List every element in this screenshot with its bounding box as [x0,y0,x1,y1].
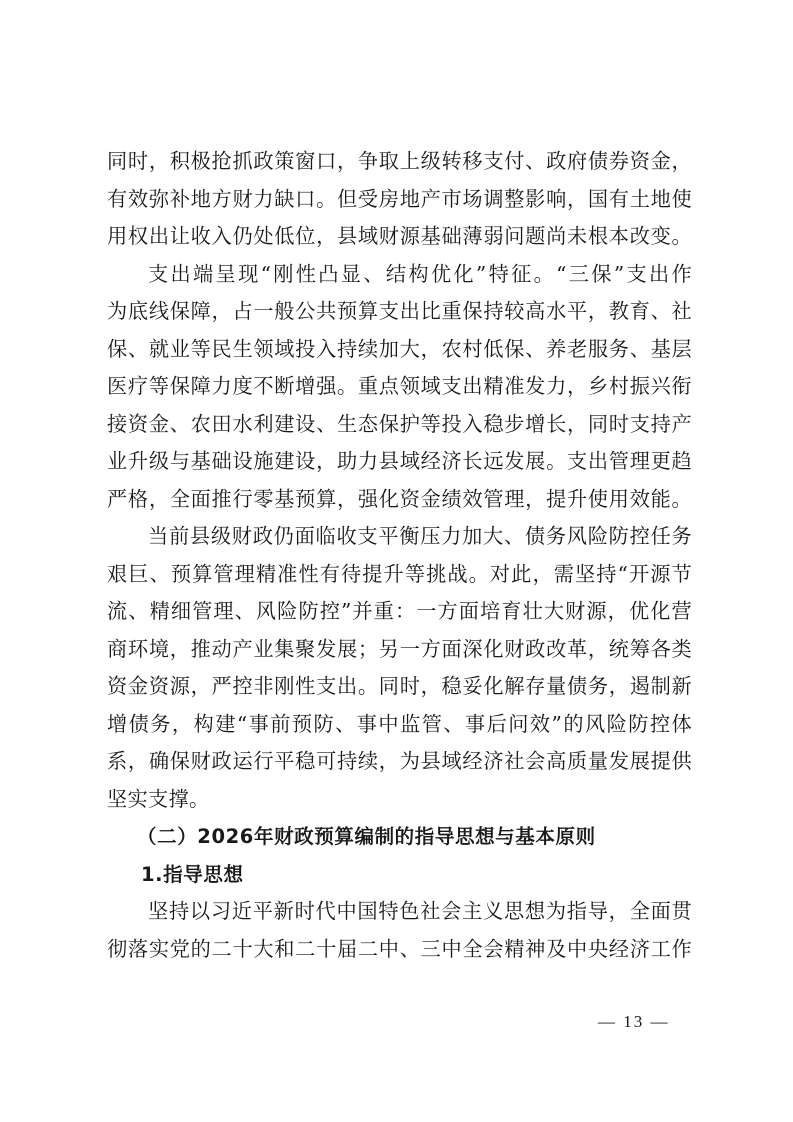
text-line: 有效弥补地方财力缺口。但受房地产市场调整影响，国有土地使 [107,181,692,219]
text-line: 坚实支撑。 [107,781,692,819]
paragraph-guiding-thought: 坚持以习近平新时代中国特色社会主义思想为指导，全面贯 彻落实党的二十大和二十届二… [107,893,692,968]
text-line: 为底线保障，占一般公共预算支出比重保持较高水平，教育、社 [107,293,692,331]
text-line: 商环境，推动产业集聚发展；另一方面深化财政改革，统筹各类 [107,631,692,669]
text-line: 艰巨、预算管理精准性有待提升等挑战。对此，需坚持“开源节 [107,556,692,594]
text-line: 流、精细管理、风险防控”并重：一方面培育壮大财源，优化营 [107,593,692,631]
document-page: 同时，积极抢抓政策窗口，争取上级转移支付、政府债券资金， 有效弥补地方财力缺口。… [107,143,692,968]
text-line: 彻落实党的二十大和二十届二中、三中全会精神及中央经济工作 [107,931,692,969]
page-number: — 13 — [598,1012,670,1032]
subsection-heading: 1.指导思想 [107,856,692,894]
text-line: 坚持以习近平新时代中国特色社会主义思想为指导，全面贯 [107,893,692,931]
text-line: 系，确保财政运行平稳可持续，为县域经济社会高质量发展提供 [107,743,692,781]
text-line: 当前县级财政仍面临收支平衡压力加大、债务风险防控任务 [107,518,692,556]
text-line: 同时，积极抢抓政策窗口，争取上级转移支付、政府债券资金， [107,143,692,181]
text-line: 用权出让收入仍处低位，县域财源基础薄弱问题尚未根本改变。 [107,218,692,256]
text-line: 支出端呈现“刚性凸显、结构优化”特征。“三保”支出作 [107,256,692,294]
paragraph-challenges: 当前县级财政仍面临收支平衡压力加大、债务风险防控任务 艰巨、预算管理精准性有待提… [107,518,692,818]
section-heading: （二）2026年财政预算编制的指导思想与基本原则 [107,818,692,856]
text-line: 业升级与基础设施建设，助力县域经济长远发展。支出管理更趋 [107,443,692,481]
text-line: 接资金、农田水利建设、生态保护等投入稳步增长，同时支持产 [107,406,692,444]
text-line: 保、就业等民生领域投入持续加大，农村低保、养老服务、基层 [107,331,692,369]
text-line: 严格，全面推行零基预算，强化资金绩效管理，提升使用效能。 [107,481,692,519]
text-line: 医疗等保障力度不断增强。重点领域支出精准发力，乡村振兴衔 [107,368,692,406]
text-line: 增债务，构建“事前预防、事中监管、事后问效”的风险防控体 [107,706,692,744]
paragraph-expenditure: 支出端呈现“刚性凸显、结构优化”特征。“三保”支出作 为底线保障，占一般公共预算… [107,256,692,519]
text-line: 资金资源，严控非刚性支出。同时，稳妥化解存量债务，遏制新 [107,668,692,706]
paragraph-revenue-continued: 同时，积极抢抓政策窗口，争取上级转移支付、政府债券资金， 有效弥补地方财力缺口。… [107,143,692,256]
